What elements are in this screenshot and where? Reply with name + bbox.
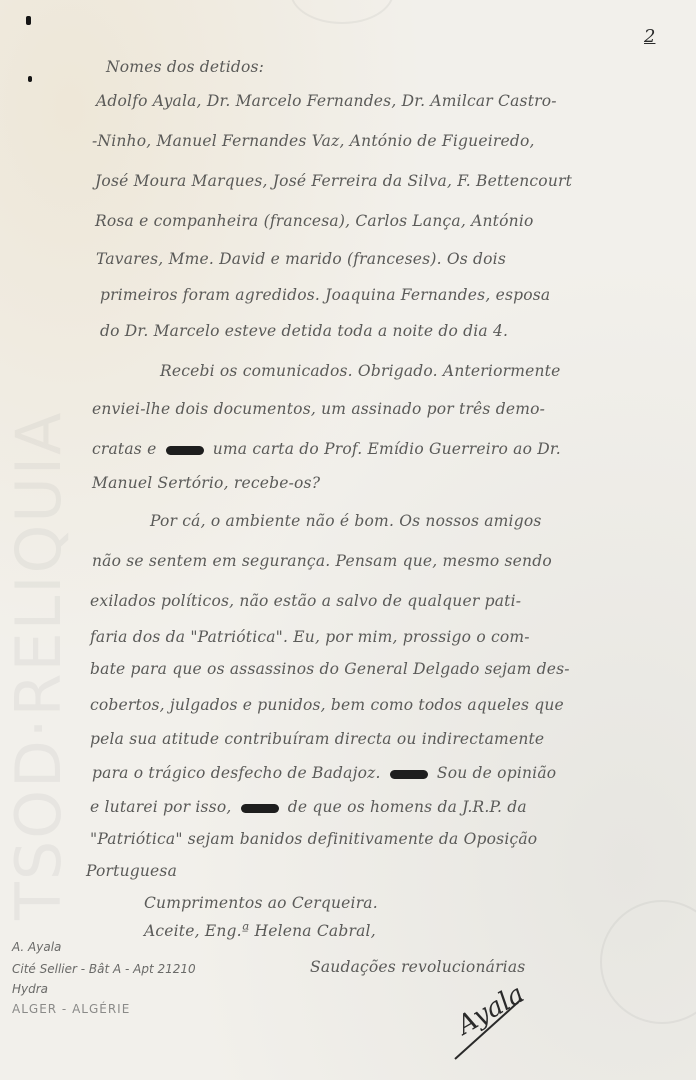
redaction-mark — [166, 446, 204, 455]
page-number: 2 — [644, 26, 655, 47]
text-line: Tavares, Mme. David e marido (franceses)… — [96, 250, 506, 268]
text-line: Rosa e companheira (francesa), Carlos La… — [95, 212, 534, 230]
closing-accept: Aceite, Eng.ª Helena Cabral, — [144, 922, 376, 940]
closing-regards: Cumprimentos ao Cerqueira. — [144, 894, 378, 912]
punch-hole-mark — [28, 76, 32, 82]
text-line: Adolfo Ayala, Dr. Marcelo Fernandes, Dr.… — [96, 92, 557, 110]
text-line: cratas e uma carta do Prof. Emídio Guerr… — [92, 440, 561, 458]
text-line: pela sua atitude contribuíram directa ou… — [90, 730, 544, 748]
return-address-district: Hydra — [12, 982, 48, 996]
signature: Ayala — [452, 979, 529, 1041]
text-line: "Patriótica" sejam banidos definitivamen… — [90, 830, 537, 848]
salutation: Saudações revolucionárias — [310, 958, 525, 976]
text-line: Recebi os comunicados. Obrigado. Anterio… — [160, 362, 560, 380]
text-line: Manuel Sertório, recebe-os? — [92, 474, 320, 492]
watermark-stamp — [290, 0, 394, 24]
text-line: -Ninho, Manuel Fernandes Vaz, António de… — [92, 132, 535, 150]
text-line: primeiros foram agredidos. Joaquina Fern… — [100, 286, 550, 304]
text-line: do Dr. Marcelo esteve detida toda a noit… — [100, 322, 508, 340]
text-line: cobertos, julgados e punidos, bem como t… — [90, 696, 564, 714]
watermark-stamp — [600, 900, 696, 1024]
return-address-street: Cité Sellier - Bât A - Apt 21210 — [12, 962, 196, 976]
return-address-city: ALGER - ALGÉRIE — [12, 1002, 130, 1016]
return-address-name: A. Ayala — [12, 940, 61, 954]
text-line: não se sentem em segurança. Pensam que, … — [92, 552, 552, 570]
punch-hole-mark — [26, 16, 31, 25]
text-line: Portuguesa — [86, 862, 177, 880]
text-line: bate para que os assassinos do General D… — [90, 660, 570, 678]
text-line: para o trágico desfecho de Badajoz. Sou … — [92, 764, 556, 782]
heading: Nomes dos detidos: — [106, 58, 264, 76]
text-line: faria dos da "Patriótica". Eu, por mim, … — [90, 628, 530, 646]
redaction-mark — [241, 804, 279, 813]
scanned-letter-page: TSOD·RELIQUIA 2 Nomes dos detidos: Adolf… — [0, 0, 696, 1080]
text-line: exilados políticos, não estão a salvo de… — [90, 592, 521, 610]
text-line: enviei-lhe dois documentos, um assinado … — [92, 400, 545, 418]
redaction-mark — [390, 770, 428, 779]
text-line: Por cá, o ambiente não é bom. Os nossos … — [150, 512, 542, 530]
text-line: José Moura Marques, José Ferreira da Sil… — [95, 172, 572, 190]
watermark-text: TSOD·RELIQUIA — [2, 411, 75, 920]
text-line: e lutarei por isso, de que os homens da … — [90, 798, 527, 816]
